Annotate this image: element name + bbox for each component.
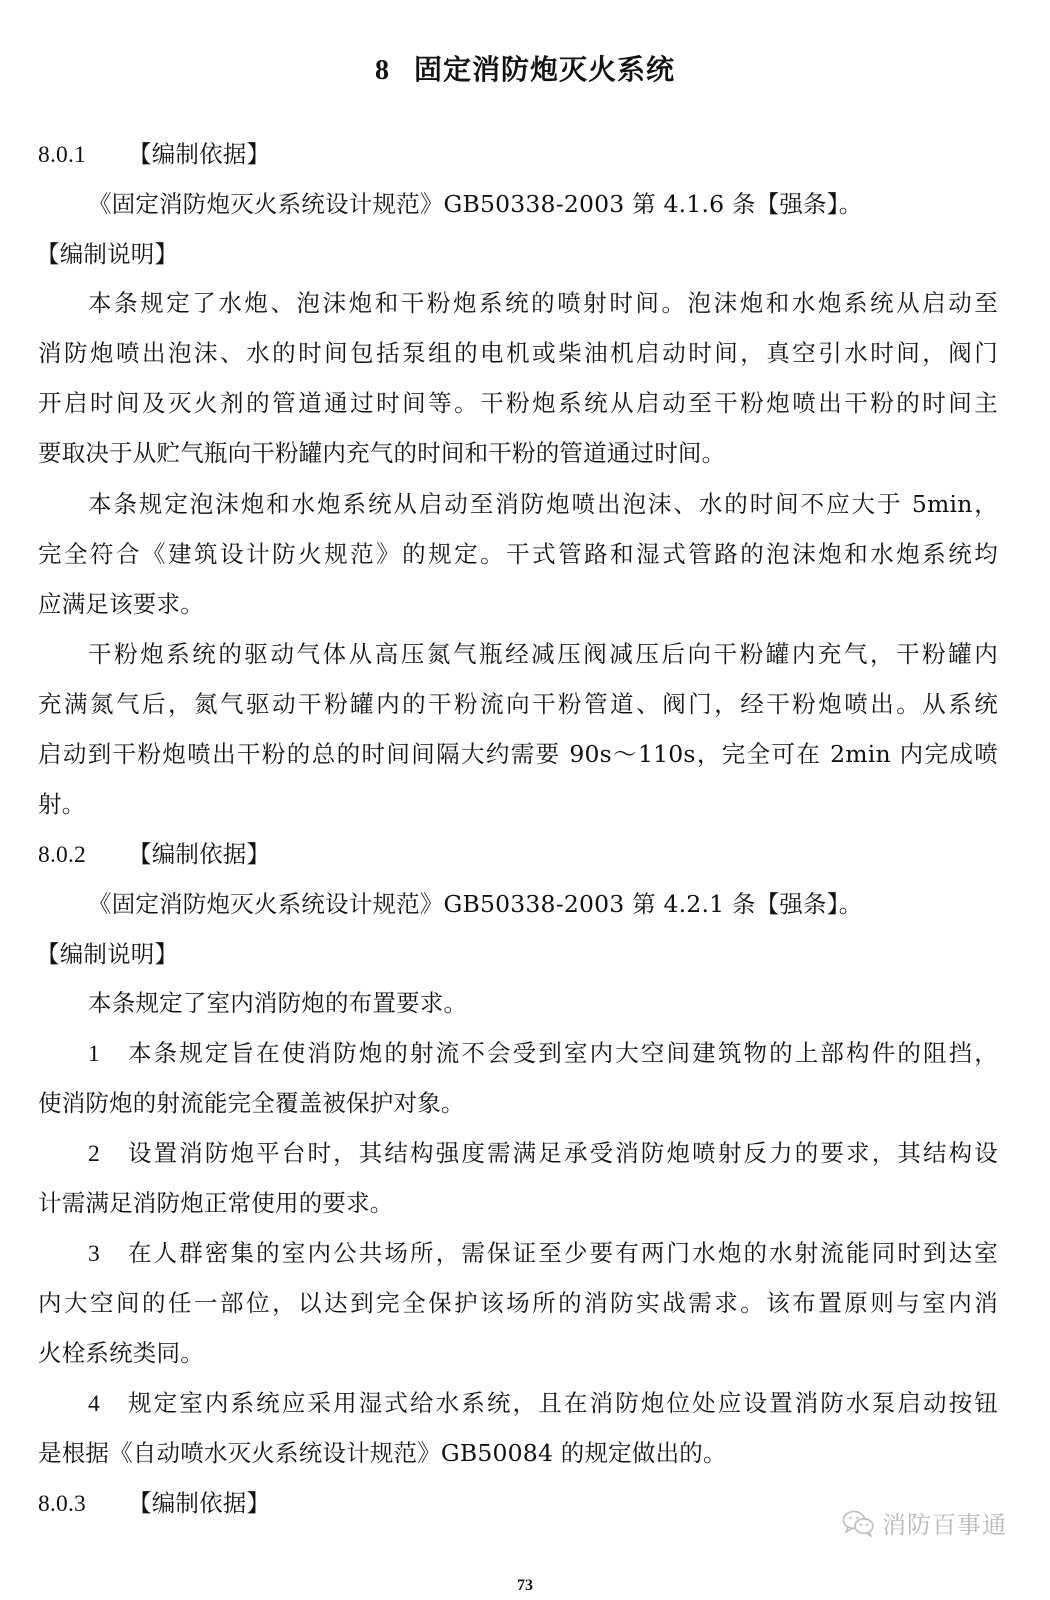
watermark-text: 消防百事通: [882, 1505, 1007, 1540]
item-text: 在人群密集的室内公共场所，需保证至少要有两门水炮的水射流能同时到达室: [126, 1239, 998, 1267]
list-item-2: 2设置消防炮平台时，其结构强度需满足承受消防炮喷射反力的要求，其结构设: [88, 1135, 998, 1172]
list-item-1: 1本条规定旨在使消防炮的射流不会受到室内大空间建筑物的上部构件的阻挡，: [88, 1035, 998, 1072]
clause-heading-8-0-1: 8.0.1【编制依据】: [38, 136, 998, 173]
page-number: 73: [0, 1577, 1050, 1595]
paragraph-line: 干粉炮系统的驱动气体从高压氮气瓶经减压阀减压后向干粉罐内充气，干粉罐内: [88, 636, 998, 672]
wechat-icon: [842, 1509, 876, 1537]
paragraph-line: 计需满足消防炮正常使用的要求。: [38, 1185, 998, 1221]
paragraph-line: 本条规定了水炮、泡沫炮和干粉炮系统的喷射时间。泡沫炮和水炮系统从启动至: [88, 285, 998, 321]
chapter-title: 8固定消防炮灭火系统: [0, 50, 1050, 91]
basis-label: 【编制依据】: [128, 1489, 270, 1517]
clause-heading-8-0-2: 8.0.2【编制依据】: [38, 836, 998, 873]
paragraph-line: 射。: [38, 786, 998, 822]
basis-reference: 《固定消防炮灭火系统设计规范》GB50338-2003 第 4.2.1 条【强条…: [88, 886, 998, 922]
item-number: 3: [88, 1236, 126, 1272]
chapter-number: 8: [375, 55, 390, 86]
paragraph-line: 开启时间及灭火剂的管道通过时间等。干粉炮系统从启动至干粉炮喷出干粉的时间主: [38, 385, 998, 421]
document-page: 8固定消防炮灭火系统 8.0.1【编制依据】 《固定消防炮灭火系统设计规范》GB…: [0, 0, 1050, 1600]
item-number: 2: [88, 1136, 126, 1172]
paragraph-line: 消防炮喷出泡沫、水的时间包括泵组的电机或柴油机启动时间，真空引水时间，阀门: [38, 335, 998, 371]
explanation-label: 【编制说明】: [36, 936, 996, 972]
basis-reference: 《固定消防炮灭火系统设计规范》GB50338-2003 第 4.1.6 条【强条…: [88, 186, 998, 222]
paragraph-line: 是根据《自动喷水灭火系统设计规范》GB50084 的规定做出的。: [38, 1435, 998, 1471]
list-item-3: 3在人群密集的室内公共场所，需保证至少要有两门水炮的水射流能同时到达室: [88, 1235, 998, 1272]
paragraph-line: 使消防炮的射流能完全覆盖被保护对象。: [38, 1085, 998, 1121]
item-text: 设置消防炮平台时，其结构强度需满足承受消防炮喷射反力的要求，其结构设: [126, 1139, 998, 1167]
paragraph-line: 完全符合《建筑设计防火规范》的规定。干式管路和湿式管路的泡沫炮和水炮系统均: [38, 536, 998, 572]
clause-number: 8.0.1: [38, 137, 128, 173]
paragraph-line: 应满足该要求。: [38, 586, 998, 622]
item-number: 1: [88, 1036, 126, 1072]
paragraph-line: 本条规定泡沫炮和水炮系统从启动至消防炮喷出泡沫、水的时间不应大于 5min，: [88, 486, 998, 522]
item-text: 本条规定旨在使消防炮的射流不会受到室内大空间建筑物的上部构件的阻挡，: [126, 1039, 998, 1067]
chapter-title-text: 固定消防炮灭火系统: [414, 53, 675, 86]
paragraph-line: 本条规定了室内消防炮的布置要求。: [88, 985, 998, 1021]
explanation-label: 【编制说明】: [36, 236, 996, 272]
clause-number: 8.0.3: [38, 1486, 128, 1522]
basis-label: 【编制依据】: [128, 840, 270, 868]
item-text: 规定室内系统应采用湿式给水系统，且在消防炮位处应设置消防水泵启动按钮: [126, 1389, 998, 1417]
paragraph-line: 启动到干粉炮喷出干粉的总的时间间隔大约需要 90s～110s，完全可在 2min…: [38, 736, 998, 772]
watermark: 消防百事通: [842, 1505, 1007, 1540]
list-item-4: 4规定室内系统应采用湿式给水系统，且在消防炮位处应设置消防水泵启动按钮: [88, 1385, 998, 1422]
paragraph-line: 内大空间的任一部位，以达到完全保护该场所的消防实战需求。该布置原则与室内消: [38, 1285, 998, 1321]
item-number: 4: [88, 1386, 126, 1422]
paragraph-line: 要取决于从贮气瓶向干粉罐内充气的时间和干粉的管道通过时间。: [38, 435, 998, 471]
paragraph-line: 充满氮气后，氮气驱动干粉罐内的干粉流向干粉管道、阀门，经干粉炮喷出。从系统: [38, 686, 998, 722]
basis-label: 【编制依据】: [128, 140, 270, 168]
clause-number: 8.0.2: [38, 837, 128, 873]
paragraph-line: 火栓系统类同。: [38, 1335, 998, 1371]
